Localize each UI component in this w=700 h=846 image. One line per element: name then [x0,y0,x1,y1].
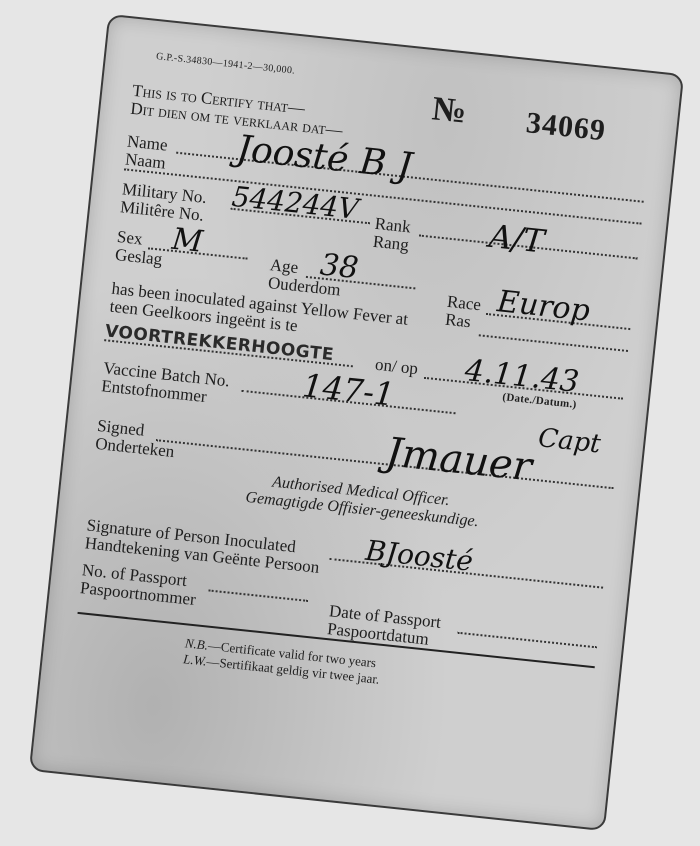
rank-label-af: Rang [372,233,410,255]
certificate-number: 34069 [524,106,607,148]
yellow-fever-certificate-card: G.P.-S.34830—1941-2—30,000. № 34069 This… [29,14,684,831]
military-no-value: 544244V [230,180,360,226]
age-value: 38 [318,247,360,286]
print-code: G.P.-S.34830—1941-2—30,000. [156,51,296,77]
name-value: Joosté B J [235,128,414,187]
passport-no-line [209,589,309,601]
race-value: Europ [496,284,592,329]
number-symbol: № [430,90,468,131]
lw-prefix: L.W. [183,651,208,668]
rank-value: A/T [487,217,546,261]
person-signature-value: BJoosté [364,534,475,578]
officer-signature: Jmauer [384,429,534,490]
race-label-af: Ras [444,311,471,332]
officer-rank-annotation: Capt [537,423,602,459]
signed-label-af: Onderteken [94,435,175,461]
place-line-1 [479,334,628,352]
nb-prefix: N.B. [184,635,209,652]
passport-date-line [457,632,596,649]
sex-value: M [170,222,204,260]
